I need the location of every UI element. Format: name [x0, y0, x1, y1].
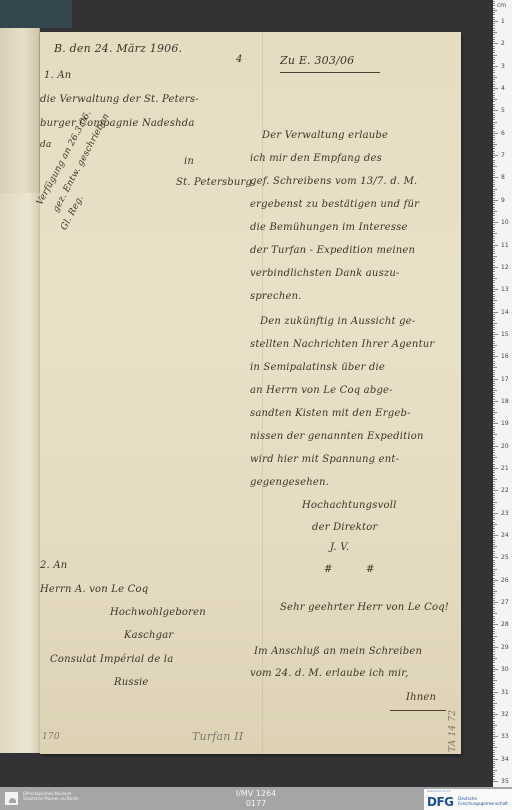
ruler-tick: [493, 696, 495, 697]
ruler-tick: [493, 34, 495, 35]
ruler-tick: [493, 211, 497, 212]
ruler-tick: [493, 553, 495, 554]
ruler-tick: [493, 280, 495, 281]
ruler-tick: [493, 48, 495, 49]
reference-underline: [280, 72, 380, 73]
ruler-tick: [493, 540, 495, 541]
ruler-label: 28: [501, 621, 509, 628]
ruler-label: 2: [501, 40, 505, 47]
ruler-label: 26: [501, 577, 509, 584]
ruler-tick: [493, 412, 497, 413]
ruler-tick: [493, 457, 497, 458]
ruler-tick: [493, 202, 495, 203]
ruler-tick: [493, 446, 495, 447]
ruler-tick: [493, 124, 495, 125]
ruler-tick: [493, 242, 495, 243]
ruler-tick: [493, 327, 495, 328]
ruler-tick: [493, 464, 495, 465]
ruler-label: 8: [501, 174, 505, 181]
para1-line-7: verbindlichsten Dank auszu-: [250, 268, 400, 279]
ruler-tick: [493, 144, 497, 145]
ruler-tick: [493, 528, 495, 529]
ruler-tick: [493, 17, 495, 18]
para2-line-5: sandten Kisten mit den Ergeb-: [250, 408, 411, 419]
ruler-tick: [493, 63, 495, 64]
ruler-tick: [493, 633, 495, 634]
ruler-tick: [493, 142, 495, 143]
ruler-tick: [493, 519, 495, 520]
ruler-tick: [493, 437, 495, 438]
ruler-tick: [493, 421, 495, 422]
closing-line-1: Hochachtungsvoll: [302, 500, 396, 511]
ruler-label: 18: [501, 398, 509, 405]
ruler-tick: [493, 350, 495, 351]
ruler-tick: [493, 455, 495, 456]
ruler-tick: [493, 52, 495, 53]
ruler-tick: [493, 683, 495, 684]
ruler-tick: [493, 642, 495, 643]
ruler-tick: [493, 557, 495, 558]
ruler-tick: [493, 544, 495, 545]
ruler-tick: [493, 752, 495, 753]
ruler-tick: [493, 620, 495, 621]
ruler-tick: [493, 296, 495, 297]
ruler-tick: [493, 598, 495, 599]
ruler-tick: [493, 180, 495, 181]
item2-marker: 2. An: [40, 560, 67, 571]
ruler-tick: [493, 546, 497, 547]
ruler-tick: [493, 77, 497, 78]
ruler-tick: [493, 182, 495, 183]
ruler-tick: [493, 336, 495, 337]
ruler-tick: [493, 347, 495, 348]
ruler-tick: [493, 493, 495, 494]
ruler-tick: [493, 676, 495, 677]
para1-line-6: der Turfan - Expedition meinen: [250, 245, 415, 256]
ruler-tick: [493, 84, 495, 85]
ruler-tick: [493, 723, 495, 724]
ruler-tick: [493, 37, 495, 38]
ruler-tick: [493, 93, 495, 94]
ruler-tick: [493, 390, 497, 391]
ruler-tick: [493, 186, 495, 187]
ruler-tick: [493, 312, 495, 313]
ruler-tick: [493, 164, 495, 165]
ruler-tick: [493, 586, 495, 587]
ruler-tick: [493, 191, 495, 192]
ruler-tick: [493, 600, 495, 601]
ruler-tick: [493, 370, 495, 371]
ruler-tick: [493, 405, 495, 406]
ruler-tick: [493, 754, 495, 755]
ruler-tick: [493, 495, 495, 496]
ruler-tick: [493, 727, 495, 728]
ruler-tick: [493, 468, 495, 469]
ruler-tick: [493, 260, 495, 261]
ruler-tick: [493, 506, 495, 507]
ruler-tick: [493, 236, 495, 237]
ruler-tick: [493, 651, 495, 652]
ruler-tick: [493, 678, 495, 679]
ruler-tick: [493, 647, 495, 648]
ruler-tick: [493, 381, 495, 382]
ruler-tick: [493, 582, 495, 583]
ruler-tick: [493, 517, 495, 518]
ruler-tick: [493, 238, 495, 239]
ruler-tick: [493, 376, 495, 377]
ruler-tick: [493, 680, 497, 681]
ruler-tick: [493, 609, 495, 610]
addressee-line-3: da: [40, 140, 52, 150]
separator-marks: # #: [324, 564, 375, 575]
ruler-tick: [493, 265, 495, 266]
ruler-label: 32: [501, 711, 509, 718]
ruler-tick: [493, 220, 495, 221]
ruler-tick: [493, 133, 495, 134]
ruler-tick: [493, 28, 495, 29]
ruler-label: 22: [501, 487, 509, 494]
ruler-tick: [493, 213, 495, 214]
ruler-tick: [493, 251, 495, 252]
ruler-tick: [493, 367, 497, 368]
ruler-label: 17: [501, 376, 509, 383]
ruler-tick: [493, 656, 495, 657]
ruler-tick: [493, 631, 495, 632]
ruler-label: 16: [501, 353, 509, 360]
ruler-tick: [493, 705, 495, 706]
ruler-tick: [493, 667, 495, 668]
ruler-tick: [493, 537, 495, 538]
ruler-tick: [493, 193, 495, 194]
ruler-tick: [493, 580, 495, 581]
para2-line-8: gegengesehen.: [250, 477, 329, 488]
ruler-tick: [493, 490, 495, 491]
ruler-tick: [493, 184, 495, 185]
ruler-tick: [493, 198, 495, 199]
ruler-tick: [493, 479, 497, 480]
ruler-tick: [493, 361, 495, 362]
ruler-tick: [493, 41, 495, 42]
ruler-tick: [493, 227, 495, 228]
signature-underline: [390, 710, 446, 711]
ruler-tick: [493, 32, 497, 33]
ruler-tick: [493, 638, 495, 639]
ruler-label: 6: [501, 130, 505, 137]
ruler-tick: [493, 649, 495, 650]
ruler-tick: [493, 564, 495, 565]
addressee-line-2: burger Compagnie Nadeshda: [40, 118, 195, 129]
dfg-sponsor-badge: Gefördert durch DFG Deutsche Forschungsg…: [424, 789, 512, 810]
ruler-tick: [493, 21, 495, 22]
ruler-label: 29: [501, 644, 509, 651]
ruler-tick: [493, 8, 495, 9]
ruler-tick: [493, 173, 495, 174]
ruler-label: 35: [501, 778, 509, 785]
ruler-label: 27: [501, 599, 509, 606]
ruler-tick: [493, 513, 495, 514]
ruler-tick: [493, 738, 495, 739]
ruler-tick: [493, 578, 495, 579]
ruler-tick: [493, 30, 495, 31]
ruler-tick: [493, 75, 495, 76]
ruler-tick: [493, 189, 497, 190]
viewer-footer: Ethnologisches Museum Staatliche Museen …: [0, 787, 512, 810]
ruler-label: 21: [501, 465, 509, 472]
ruler-tick: [493, 645, 495, 646]
ruler-tick: [493, 61, 495, 62]
ruler-tick: [493, 258, 495, 259]
ruler-tick: [493, 224, 495, 225]
ruler-tick: [493, 497, 495, 498]
ruler-tick: [493, 401, 495, 402]
ruler-tick: [493, 423, 495, 424]
ruler-tick: [493, 233, 497, 234]
ruler-tick: [493, 200, 495, 201]
ruler-tick: [493, 175, 495, 176]
ruler-tick: [493, 101, 495, 102]
ruler-tick: [493, 276, 495, 277]
ruler-tick: [493, 113, 495, 114]
ruler-tick: [493, 508, 495, 509]
ruler-tick: [493, 70, 495, 71]
sponsor-name: Deutsche Forschungsgemeinschaft: [458, 796, 508, 806]
ruler-tick: [493, 195, 495, 196]
ruler-tick: [493, 770, 497, 771]
ruler-tick: [493, 215, 495, 216]
ruler-tick: [493, 439, 495, 440]
ruler-tick: [493, 432, 495, 433]
ruler-tick: [493, 287, 495, 288]
ruler-label: 33: [501, 733, 509, 740]
ruler-tick: [493, 43, 495, 44]
ruler-tick: [493, 388, 495, 389]
binding-board: [0, 0, 72, 28]
ruler-label: 14: [501, 309, 509, 316]
ruler-tick: [493, 332, 495, 333]
sponsor-name-line-2: Forschungsgemeinschaft: [458, 801, 508, 806]
ruler-tick: [493, 658, 497, 659]
dfg-logo-icon: DFG: [427, 795, 454, 809]
scan-viewport: B. den 24. März 1906. 1. An die Verwaltu…: [0, 0, 493, 787]
ruler-label: 25: [501, 554, 509, 561]
ruler-tick: [493, 278, 497, 279]
ruler-tick: [493, 19, 495, 20]
ruler-tick: [493, 526, 495, 527]
ruler-tick: [493, 743, 495, 744]
ruler-tick: [493, 732, 495, 733]
pencil-note: Turfan II: [192, 730, 243, 743]
ruler-tick: [493, 669, 495, 670]
ruler-tick: [493, 410, 495, 411]
ruler-tick: [493, 571, 495, 572]
ruler-tick: [493, 131, 495, 132]
ruler-tick: [493, 57, 495, 58]
ruler-tick: [493, 88, 495, 89]
ruler-tick: [493, 291, 495, 292]
ruler-label: 1: [501, 18, 505, 25]
ruler-tick: [493, 718, 495, 719]
ruler-tick: [493, 414, 495, 415]
ruler-tick: [493, 741, 495, 742]
ruler-tick: [493, 560, 495, 561]
ruler-label: 30: [501, 666, 509, 673]
ruler-label: 15: [501, 331, 509, 338]
ruler-tick: [493, 314, 495, 315]
ruler-tick: [493, 345, 497, 346]
ruler-tick: [493, 394, 495, 395]
ruler-tick: [493, 654, 495, 655]
ruler-tick: [493, 300, 497, 301]
ruler-tick: [493, 128, 495, 129]
ruler-tick: [493, 303, 495, 304]
ruler-tick: [493, 504, 495, 505]
ruler-tick: [493, 218, 495, 219]
ruler-tick: [493, 721, 495, 722]
ruler-tick: [493, 171, 495, 172]
ruler-tick: [493, 309, 495, 310]
ruler-tick: [493, 262, 495, 263]
ruler-tick: [493, 50, 495, 51]
item1-marker: 1. An: [44, 70, 71, 81]
ruler-tick: [493, 396, 495, 397]
ruler-tick: [493, 486, 495, 487]
ruler-tick: [493, 611, 495, 612]
ruler-tick: [493, 245, 495, 246]
ruler-tick: [493, 151, 495, 152]
ruler-tick: [493, 522, 495, 523]
ruler-tick: [493, 774, 495, 775]
ruler-tick: [493, 662, 495, 663]
ruler-tick: [493, 551, 495, 552]
ruler-tick: [493, 448, 495, 449]
ruler-tick: [493, 776, 495, 777]
page-marker: 4: [236, 54, 243, 65]
closing-line-2: der Direktor: [312, 522, 377, 533]
salutation: Sehr geehrter Herr von Le Coq!: [280, 602, 449, 613]
ruler-tick: [493, 725, 497, 726]
addressee2-line-1: Herrn A. von Le Coq: [40, 584, 148, 595]
ruler-label: 31: [501, 689, 509, 696]
para1-line-5: die Bemühungen im Interesse: [250, 222, 408, 233]
ruler-tick: [493, 10, 497, 11]
ruler-tick: [493, 383, 495, 384]
ruler-tick: [493, 363, 495, 364]
ruler-tick: [493, 481, 495, 482]
ruler-tick: [493, 461, 495, 462]
ruler-tick: [493, 341, 495, 342]
ruler-tick: [493, 761, 495, 762]
addressee2-line-5: Russie: [114, 677, 149, 688]
measurement-ruler: cm 1234567891011121314151617181920212223…: [493, 0, 512, 787]
ruler-tick: [493, 59, 495, 60]
ruler-tick: [493, 759, 495, 760]
ruler-tick: [493, 356, 495, 357]
ruler-label: 13: [501, 286, 509, 293]
ruler-tick: [493, 282, 495, 283]
ruler-label: 5: [501, 107, 505, 114]
ruler-tick: [493, 575, 495, 576]
ruler-tick: [493, 157, 495, 158]
ruler-tick: [493, 12, 495, 13]
ruler-tick: [493, 25, 495, 26]
para2-line-7: wird hier mit Spannung ent-: [250, 454, 399, 465]
ruler-tick: [493, 502, 497, 503]
ruler-tick: [493, 689, 495, 690]
ruler-tick: [493, 95, 495, 96]
ruler-tick: [493, 694, 495, 695]
ruler-tick: [493, 618, 495, 619]
para1-line-3: gef. Schreibens vom 13/7. d. M.: [250, 176, 417, 187]
ruler-tick: [493, 698, 495, 699]
ruler-tick: [493, 622, 495, 623]
ruler-tick: [493, 166, 497, 167]
ruler-tick: [493, 374, 495, 375]
para1-line-1: Der Verwaltung erlaube: [262, 130, 388, 141]
ruler-tick: [493, 139, 495, 140]
ruler-tick: [493, 430, 495, 431]
ruler-tick: [493, 640, 495, 641]
ruler-tick: [493, 533, 495, 534]
ruler-tick: [493, 99, 497, 100]
ruler-tick: [493, 616, 495, 617]
ruler-tick: [493, 452, 495, 453]
ruler-label: 4: [501, 85, 505, 92]
ruler-tick: [493, 466, 495, 467]
ruler-tick: [493, 247, 495, 248]
ruler-tick: [493, 222, 495, 223]
ruler-tick: [493, 475, 495, 476]
ruler-tick: [493, 372, 495, 373]
ruler-label: 12: [501, 264, 509, 271]
ruler-label: 7: [501, 152, 505, 159]
addressee-line-1: die Verwaltung der St. Peters-: [40, 94, 199, 105]
location-city: St. Petersburg.: [176, 177, 255, 188]
ruler-tick: [493, 285, 495, 286]
ruler-tick: [493, 72, 495, 73]
ruler-tick: [493, 685, 495, 686]
ruler-tick: [493, 338, 495, 339]
ruler-tick: [493, 274, 495, 275]
ruler-tick: [493, 66, 495, 67]
ruler-tick: [493, 365, 495, 366]
ruler-tick: [493, 707, 495, 708]
left-folded-page-lower: [0, 193, 40, 753]
date-line: B. den 24. März 1906.: [54, 42, 182, 55]
ruler-tick: [493, 146, 495, 147]
ruler-tick: [493, 593, 495, 594]
sponsor-label: Gefördert durch: [427, 789, 451, 793]
ruler-tick: [493, 607, 495, 608]
ruler-tick: [493, 428, 495, 429]
ruler-tick: [493, 515, 495, 516]
ruler-tick: [493, 316, 495, 317]
ruler-tick: [493, 636, 497, 637]
ruler-tick: [493, 55, 497, 56]
ruler-label: 20: [501, 443, 509, 450]
ruler-tick: [493, 126, 495, 127]
para2-line-2: stellten Nachrichten Ihrer Agentur: [250, 339, 434, 350]
para2-line-6: nissen der genannten Expedition: [250, 431, 424, 442]
ruler-tick: [493, 253, 495, 254]
ruler-tick: [493, 267, 495, 268]
ruler-tick: [493, 499, 495, 500]
ruler-tick: [493, 767, 495, 768]
ruler-tick: [493, 294, 495, 295]
ruler-tick: [493, 562, 495, 563]
ruler-tick: [493, 434, 497, 435]
ruler-tick: [493, 249, 495, 250]
ruler-tick: [493, 419, 495, 420]
